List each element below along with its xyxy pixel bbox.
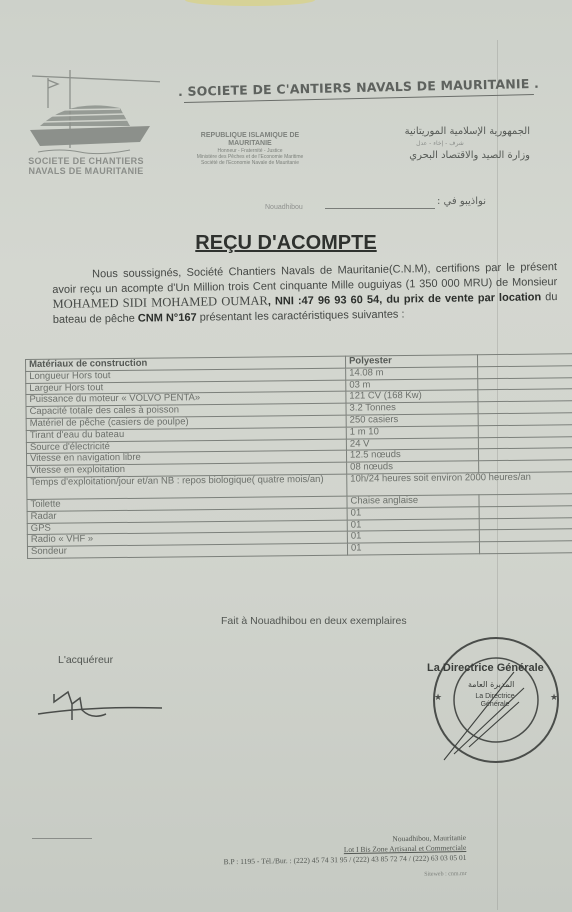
spec-extra-cell [478, 401, 572, 414]
ministry-ar: وزارة الصيد والاقتصاد البحري [330, 148, 530, 164]
director-title: La Directrice Générale [427, 662, 544, 674]
para-text: présentant les caractéristiques suivante… [197, 308, 405, 323]
company-address: Nouadhibou, Mauritanie Lot I Bis Zone Ar… [220, 833, 467, 883]
buyer-signature-label: L'acquéreur [58, 654, 113, 666]
spec-extra-cell [479, 506, 572, 519]
place-statement: Fait à Nouadhibou en deux exemplaires [221, 615, 407, 627]
spec-extra-cell [478, 377, 572, 390]
spec-value: 10h/24 heures soit environ 2000 heures/a… [347, 472, 572, 496]
ship-crane-icon [20, 68, 160, 163]
date-blank-line [325, 208, 435, 209]
logo-caption-line: SOCIETE DE CHANTIERS [20, 156, 152, 166]
spec-extra-cell [477, 354, 572, 367]
spec-extra-cell [478, 448, 572, 461]
receipt-paragraph: Nous soussignés, Société Chantiers Naval… [52, 260, 558, 327]
director-title-ar: المديرة العامة [468, 680, 514, 689]
stamp-inner-line: Générale [470, 701, 520, 709]
document-page: SOCIETE DE CHANTIERS NAVALS DE MAURITANI… [0, 0, 572, 912]
spec-extra-cell [478, 389, 572, 402]
logo-caption: SOCIETE DE CHANTIERS NAVALS DE MAURITANI… [20, 156, 152, 176]
footer-rule [32, 838, 92, 839]
ministry-header-ar: الجمهورية الإسلامية الموريتانية شرف - إخ… [330, 124, 530, 164]
buyer-signature-icon [32, 686, 172, 726]
spec-extra-cell [478, 436, 572, 449]
republic-ar: الجمهورية الإسلامية الموريتانية [330, 124, 530, 140]
republic-line: REPUBLIQUE ISLAMIQUE DE [165, 132, 335, 140]
spec-extra-cell [479, 494, 572, 507]
city-date-label-ar: نواذيبو في : [437, 196, 486, 207]
ministry-line: Société de l'Economie Navale de Mauritan… [165, 160, 335, 166]
spec-extra-cell [478, 366, 572, 379]
buyer-nni: , NNI :47 96 93 60 54, du prix de vente … [268, 292, 542, 308]
boat-id: CNM N°167 [138, 312, 197, 325]
spec-extra-cell [478, 425, 572, 438]
spec-extra-cell [479, 541, 572, 554]
website-line: Siteweb : cnm.mr [221, 869, 467, 883]
buyer-name: MOHAMED SIDI MOHAMED OUMAR [52, 294, 267, 311]
stamp-inner-text: La Directrice Générale [470, 693, 520, 709]
republic-line: MAURITANIE [165, 140, 335, 148]
spec-extra-cell [478, 413, 572, 426]
boat-specs-table: Matériaux de constructionPolyesterLongue… [25, 353, 572, 559]
yellow-smudge [185, 0, 315, 6]
motto-ar: شرف - إخاء - عدل [380, 140, 500, 148]
spec-value: 01 [347, 542, 479, 555]
document-title: REÇU D'ACOMPTE [0, 232, 572, 255]
para-text: Nous soussignés, Société Chantiers Naval… [52, 261, 557, 296]
city-date-label: Nouadhibou [265, 204, 303, 211]
svg-text:★: ★ [550, 692, 558, 702]
spec-extra-cell [479, 529, 572, 542]
logo-caption-line: NAVALS DE MAURITANIE [20, 166, 152, 176]
stamp-inner-line: La Directrice [470, 693, 520, 701]
spec-extra-cell [479, 517, 572, 530]
svg-text:★: ★ [434, 692, 442, 702]
ministry-header-fr: REPUBLIQUE ISLAMIQUE DE MAURITANIE Honne… [165, 132, 335, 166]
title-text: REÇU D'ACOMPTE [195, 232, 376, 254]
